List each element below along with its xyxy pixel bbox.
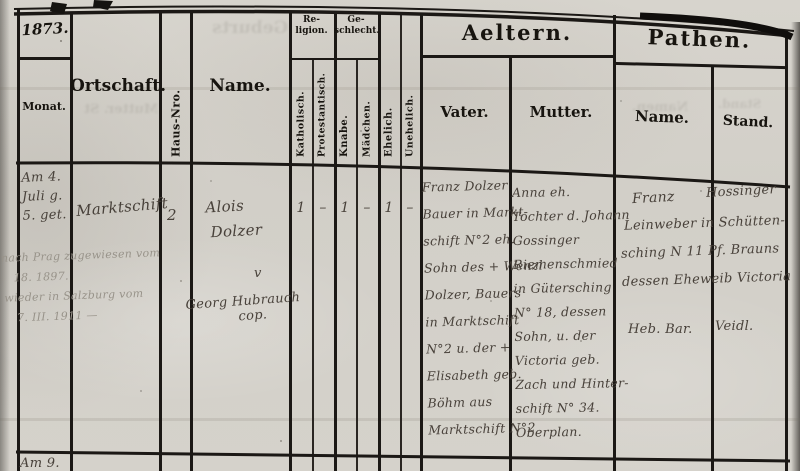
next-record-start: Am 9. bbox=[20, 456, 60, 471]
pathen-underline bbox=[613, 62, 786, 69]
column-header-knabe: Knabe. bbox=[335, 58, 355, 157]
column-header-unehelich: Unehelich. bbox=[401, 58, 419, 157]
tally-katholisch: 1 bbox=[291, 200, 311, 216]
column-header-pathen-name: Name. bbox=[613, 106, 712, 127]
cell-midwife-name: Veidl. bbox=[715, 319, 753, 334]
column-header-name: Name. bbox=[191, 76, 289, 96]
bleedthrough-text: Geburts bbox=[212, 18, 288, 38]
scan-speckle bbox=[60, 40, 62, 42]
column-header-stand: Stand. bbox=[711, 112, 786, 132]
bleedthrough-text: Stand. bbox=[718, 97, 761, 111]
scanned-register-page: { "meta": { "year_label": "1873." }, "co… bbox=[0, 0, 800, 471]
cell-name: Alois Dolzer bbox=[205, 193, 263, 246]
aeltern-underline bbox=[420, 55, 614, 58]
cell-pathen-line4: dessen Eheweib Victoria bbox=[622, 269, 792, 290]
group-header-pathen: Pathen. bbox=[613, 23, 787, 54]
table-border-right bbox=[785, 30, 788, 471]
cell-midwife: Heb. Bar. bbox=[628, 322, 693, 337]
tally-maedchen: – bbox=[357, 200, 377, 216]
column-header-haus-nro: Haus-Nro. bbox=[163, 55, 189, 157]
column-header-geschlecht: Ge- schlecht. bbox=[334, 15, 378, 37]
year-box-underline bbox=[17, 57, 71, 60]
group-header-aeltern: Aeltern. bbox=[420, 20, 614, 45]
cell-monat: Am 4. Juli g. 5. get. bbox=[21, 167, 67, 226]
margin-note-pencil: nach Prag zugewiesen vom 18. 1897. wiede… bbox=[1, 243, 163, 329]
check-mark: v bbox=[254, 266, 262, 281]
scan-edge-right bbox=[791, 22, 800, 471]
cell-pathen-line3: sching N 11 Pf. Brauns bbox=[621, 241, 780, 262]
column-header-ehelich: Ehelich. bbox=[380, 58, 399, 157]
tally-unehelich: – bbox=[400, 200, 420, 216]
tally-protestantisch: – bbox=[313, 200, 333, 216]
scan-edge-left bbox=[0, 0, 10, 471]
tally-knabe: 1 bbox=[335, 200, 355, 216]
cell-mutter: Anna eh. Tochter d. Johann Gossinger Rie… bbox=[512, 179, 634, 445]
cell-pathen-name-first: Franz bbox=[632, 189, 675, 207]
column-header-monat: Monat. bbox=[19, 100, 69, 113]
tally-ehelich: 1 bbox=[379, 200, 399, 216]
cell-haus-nro: 2 bbox=[167, 206, 177, 224]
marriage-note: Georg Hubrauch cop. bbox=[185, 290, 302, 328]
table-border-left bbox=[17, 9, 20, 471]
year-label: 1873. bbox=[20, 19, 71, 40]
column-header-ortschaft: Ortschaft. bbox=[70, 76, 160, 96]
column-header-maedchen: Mädchen. bbox=[357, 58, 377, 157]
cell-pathen-line2: Leinweber in Schütten- bbox=[624, 213, 786, 234]
column-header-religion: Re- ligion. bbox=[289, 15, 334, 37]
cell-pathen-name-last: Hossinger bbox=[706, 182, 777, 201]
column-header-katholisch: Katholisch. bbox=[291, 58, 311, 157]
cell-ortschaft: Marktschift bbox=[75, 194, 168, 220]
column-header-protestantisch: Protestantisch. bbox=[313, 58, 333, 157]
bleedthrough-text: Mutter. St bbox=[84, 102, 158, 117]
column-header-vater: Vater. bbox=[420, 103, 509, 121]
column-header-mutter: Mutter. bbox=[509, 103, 613, 121]
